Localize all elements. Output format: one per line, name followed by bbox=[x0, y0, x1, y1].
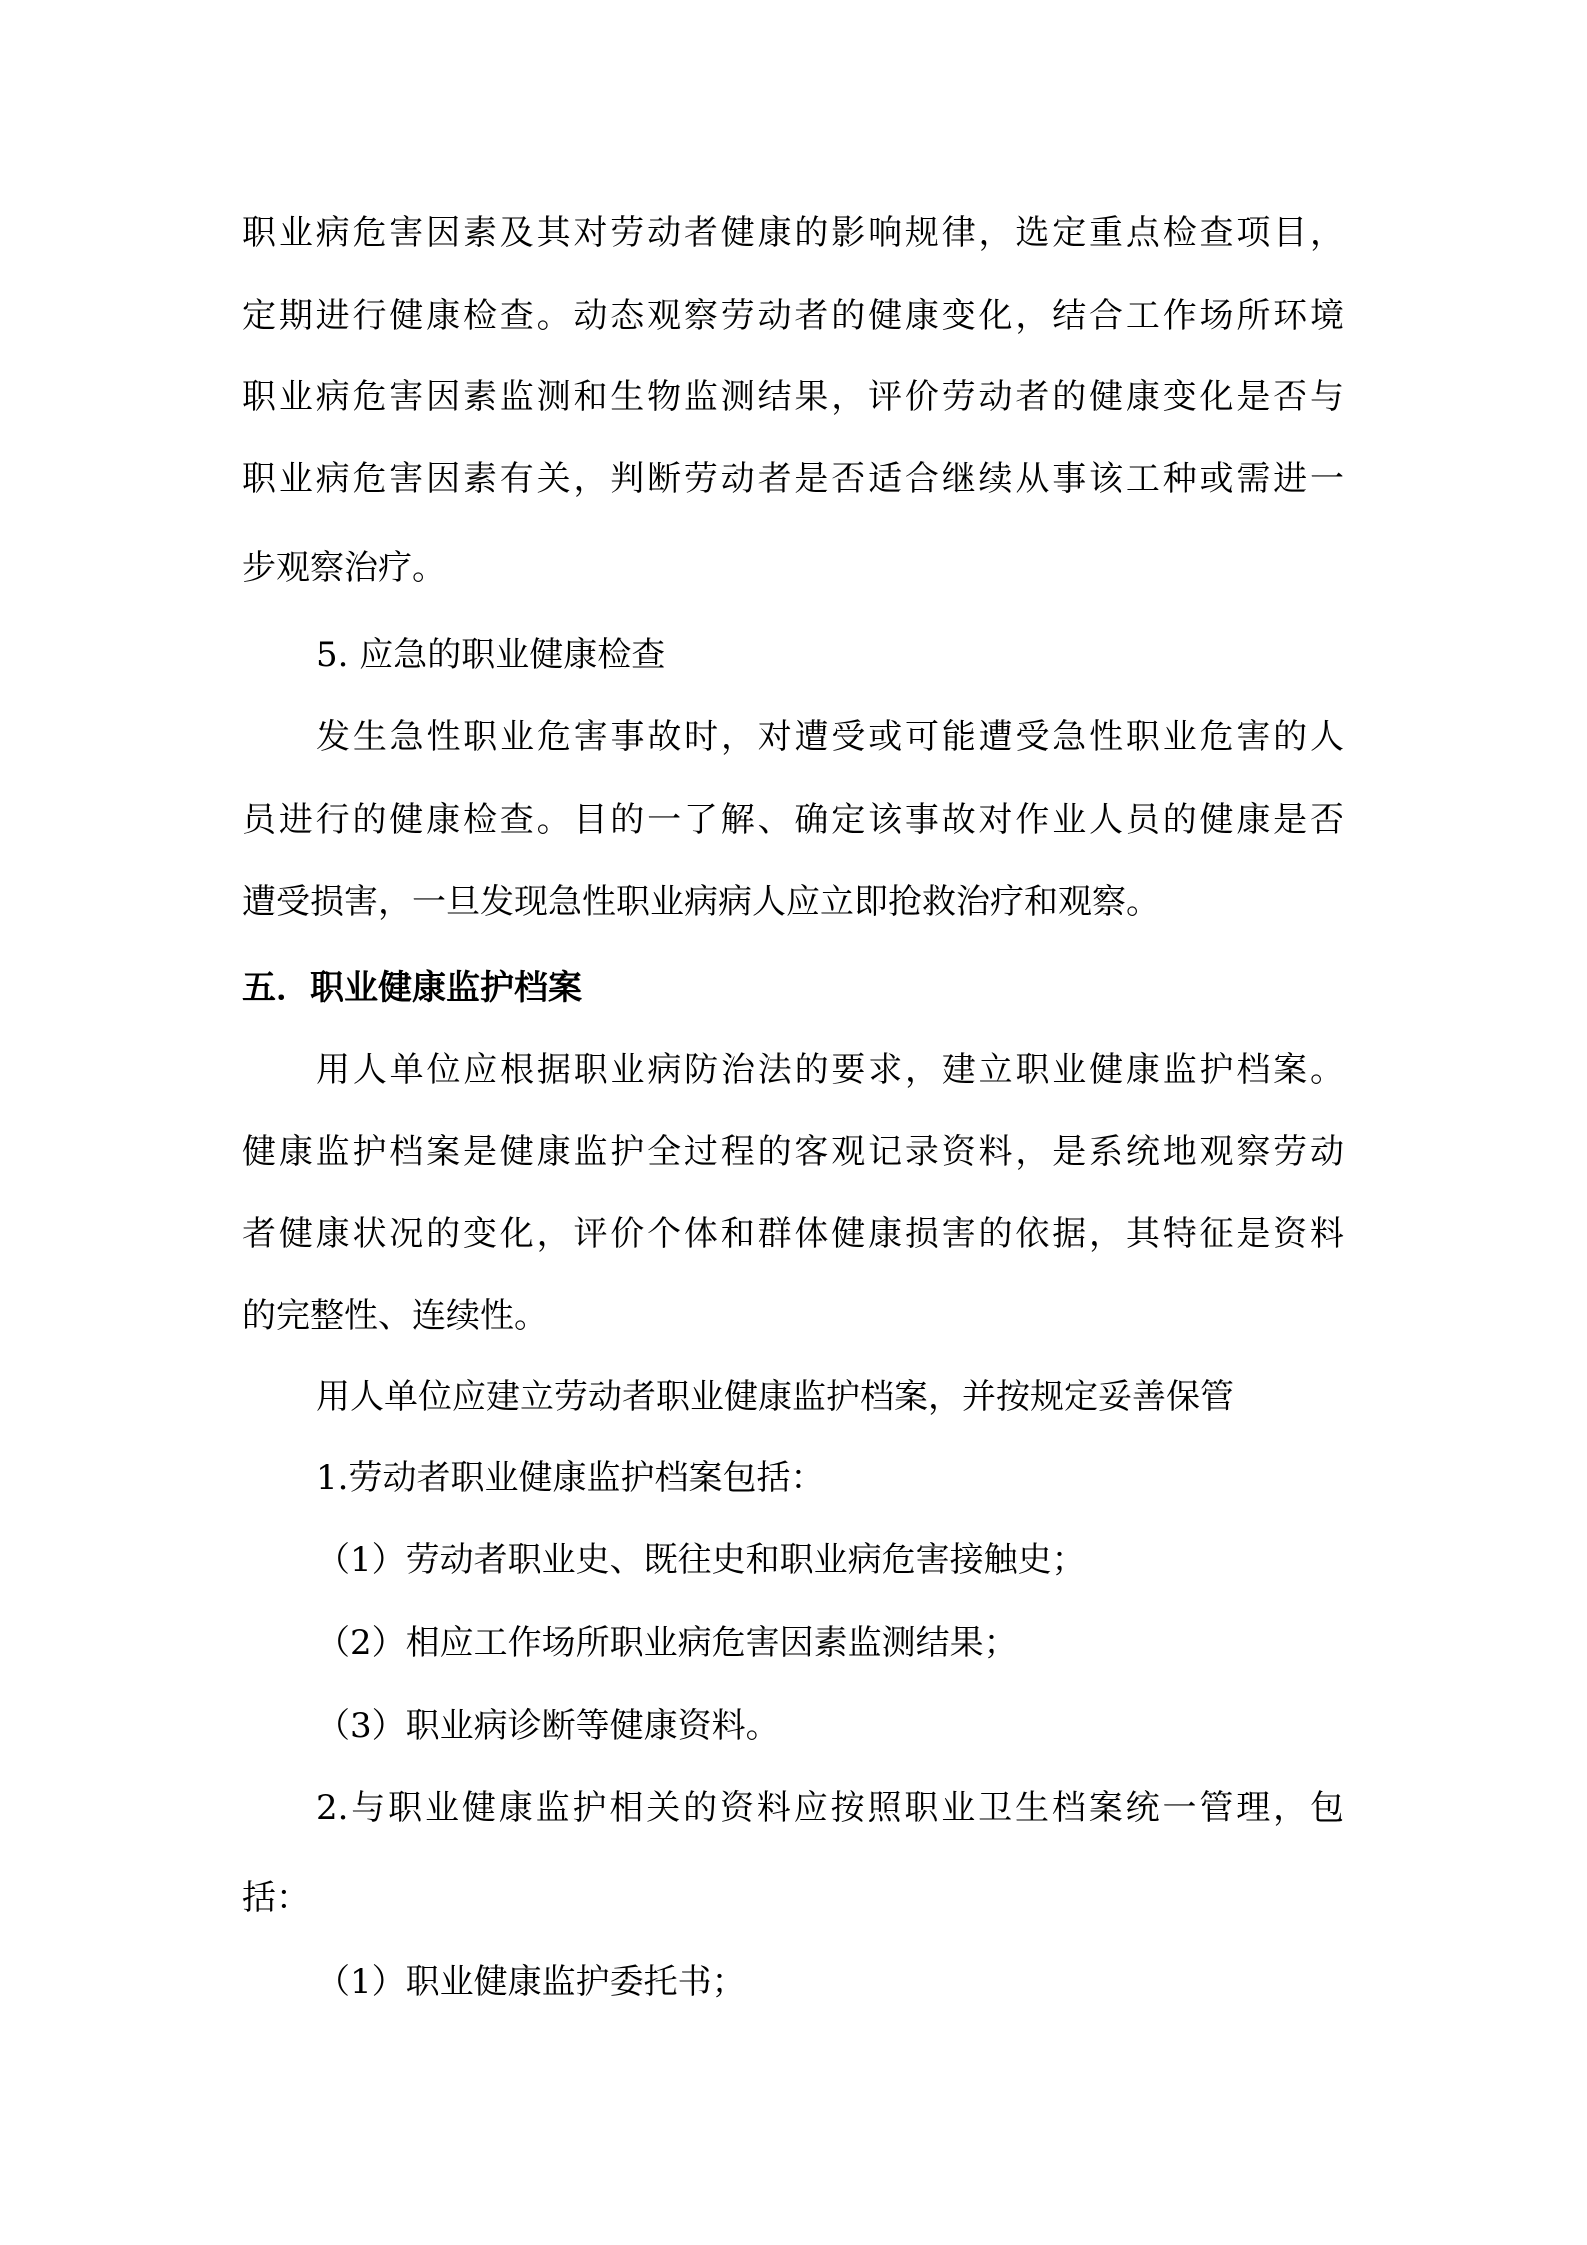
text-line: 遭受损害，一旦发现急性职业病病人应立即抢救治疗和观察。 bbox=[242, 877, 1344, 927]
text-line: 者健康状况的变化，评价个体和群体健康损害的依据，其特征是资料 bbox=[242, 1209, 1344, 1259]
paragraph-records-keeping: 用人单位应建立劳动者职业健康监护档案，并按规定妥善保管 bbox=[316, 1372, 1344, 1422]
list-item-occupational-history: （1）劳动者职业史、既往史和职业病危害接触史； bbox=[316, 1535, 1344, 1585]
list-item-entrustment-letter: （1）职业健康监护委托书； bbox=[316, 1957, 1344, 2007]
subheading-emergency-health-check: 5. 应急的职业健康检查 bbox=[316, 630, 1344, 680]
text-line: 职业病危害因素及其对劳动者健康的影响规律，选定重点检查项目， bbox=[242, 208, 1344, 258]
text-line: 职业病危害因素监测和生物监测结果，评价劳动者的健康变化是否与 bbox=[242, 372, 1344, 422]
list-item-diagnosis-data: （3）职业病诊断等健康资料。 bbox=[316, 1701, 1344, 1751]
text-line: 2.与职业健康监护相关的资料应按照职业卫生档案统一管理，包 bbox=[316, 1783, 1344, 1833]
text-line: 步观察治疗。 bbox=[242, 543, 1344, 593]
text-line: 的完整性、连续性。 bbox=[242, 1291, 1344, 1341]
text-line: 员进行的健康检查。目的一了解、确定该事故对作业人员的健康是否 bbox=[242, 795, 1344, 845]
text-line: 用人单位应根据职业病防治法的要求，建立职业健康监护档案。 bbox=[316, 1045, 1344, 1095]
text-line: 括： bbox=[242, 1873, 1344, 1923]
text-line: 定期进行健康检查。动态观察劳动者的健康变化，结合工作场所环境 bbox=[242, 291, 1344, 341]
document-page: 职业病危害因素及其对劳动者健康的影响规律，选定重点检查项目， 定期进行健康检查。… bbox=[0, 0, 1587, 2245]
list-item-monitoring-results: （2）相应工作场所职业病危害因素监测结果； bbox=[316, 1618, 1344, 1668]
text-line: 发生急性职业危害事故时，对遭受或可能遭受急性职业危害的人 bbox=[316, 712, 1344, 762]
section-heading-health-monitoring-records: 五．职业健康监护档案 bbox=[242, 963, 1344, 1013]
text-line: 健康监护档案是健康监护全过程的客观记录资料，是系统地观察劳动 bbox=[242, 1127, 1344, 1177]
text-line: 职业病危害因素有关，判断劳动者是否适合继续从事该工种或需进一 bbox=[242, 454, 1344, 504]
list-heading-worker-records: 1.劳动者职业健康监护档案包括： bbox=[316, 1453, 1344, 1503]
